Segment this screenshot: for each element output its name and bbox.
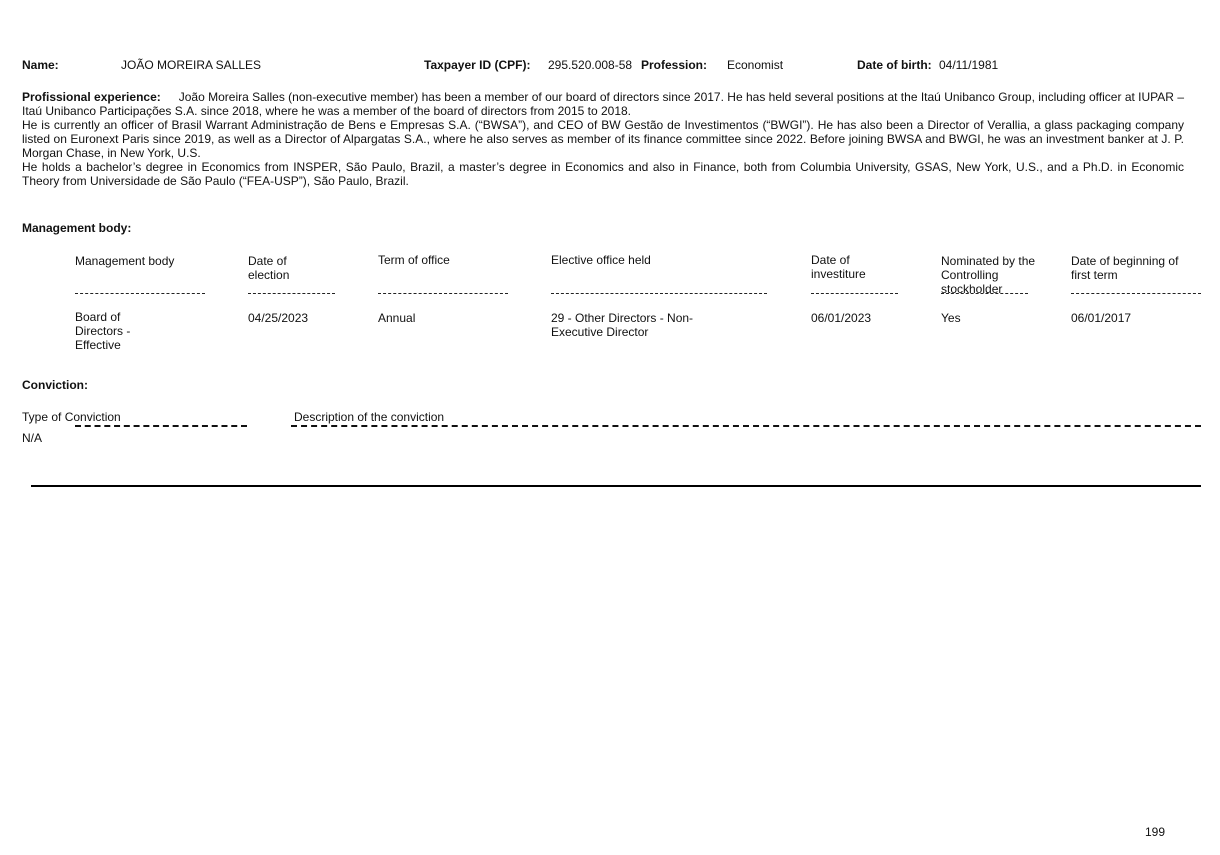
name-value: JOÃO MOREIRA SALLES	[121, 58, 261, 72]
cell-term-of-office: Annual	[378, 311, 415, 325]
header-divider	[1071, 293, 1201, 294]
experience-paragraph-2: He is currently an officer of Brasil War…	[22, 118, 1184, 160]
profession-value: Economist	[727, 58, 783, 72]
cell-date-of-investiture: 06/01/2023	[811, 311, 871, 325]
profession-label: Profession:	[641, 58, 707, 72]
header-divider	[551, 293, 767, 294]
col-header-management-body: Management body	[75, 254, 185, 268]
dob-value: 04/11/1981	[939, 58, 998, 72]
conviction-type-divider	[75, 425, 247, 427]
experience-paragraph-3: He holds a bachelor’s degree in Economic…	[22, 160, 1184, 188]
col-header-elective-office: Elective office held	[551, 253, 751, 267]
page-number: 199	[1145, 825, 1165, 839]
cell-nominated-by-controlling: Yes	[941, 311, 961, 325]
experience-paragraph-1: João Moreira Salles (non-executive membe…	[22, 90, 1184, 118]
dob-label: Date of birth:	[857, 58, 932, 72]
header-divider	[378, 293, 508, 294]
name-label: Name:	[22, 58, 59, 72]
col-header-first-term-start: Date of beginning of first term	[1071, 254, 1181, 282]
header-divider	[941, 293, 1028, 294]
conviction-type-value: N/A	[22, 431, 42, 445]
cell-management-body: Board of Directors - Effective	[75, 310, 155, 352]
professional-experience: Profissional experience:João Moreira Sal…	[22, 90, 1184, 188]
col-header-nominated-by-controlling: Nominated by the Controlling stockholder	[941, 254, 1036, 296]
conviction-section-title: Conviction:	[22, 378, 88, 392]
col-header-date-of-investiture: Date of investiture	[811, 253, 891, 281]
cell-elective-office: 29 - Other Directors - Non-Executive Dir…	[551, 311, 711, 339]
experience-label: Profissional experience:	[22, 90, 161, 104]
cell-first-term-start: 06/01/2017	[1071, 311, 1131, 325]
management-section-title: Management body:	[22, 221, 131, 235]
cpf-label: Taxpayer ID (CPF):	[424, 58, 530, 72]
cpf-value: 295.520.008-58	[548, 58, 632, 72]
conviction-type-header: Type of Conviction	[22, 410, 121, 424]
header-divider	[811, 293, 898, 294]
header-divider	[248, 293, 335, 294]
section-end-rule	[31, 485, 1201, 487]
conviction-description-divider	[291, 425, 1201, 427]
conviction-description-header: Description of the conviction	[294, 410, 444, 424]
col-header-term-of-office: Term of office	[378, 253, 508, 267]
col-header-date-of-election: Date of election	[248, 254, 318, 282]
cell-date-of-election: 04/25/2023	[248, 311, 308, 325]
header-divider	[75, 293, 205, 294]
